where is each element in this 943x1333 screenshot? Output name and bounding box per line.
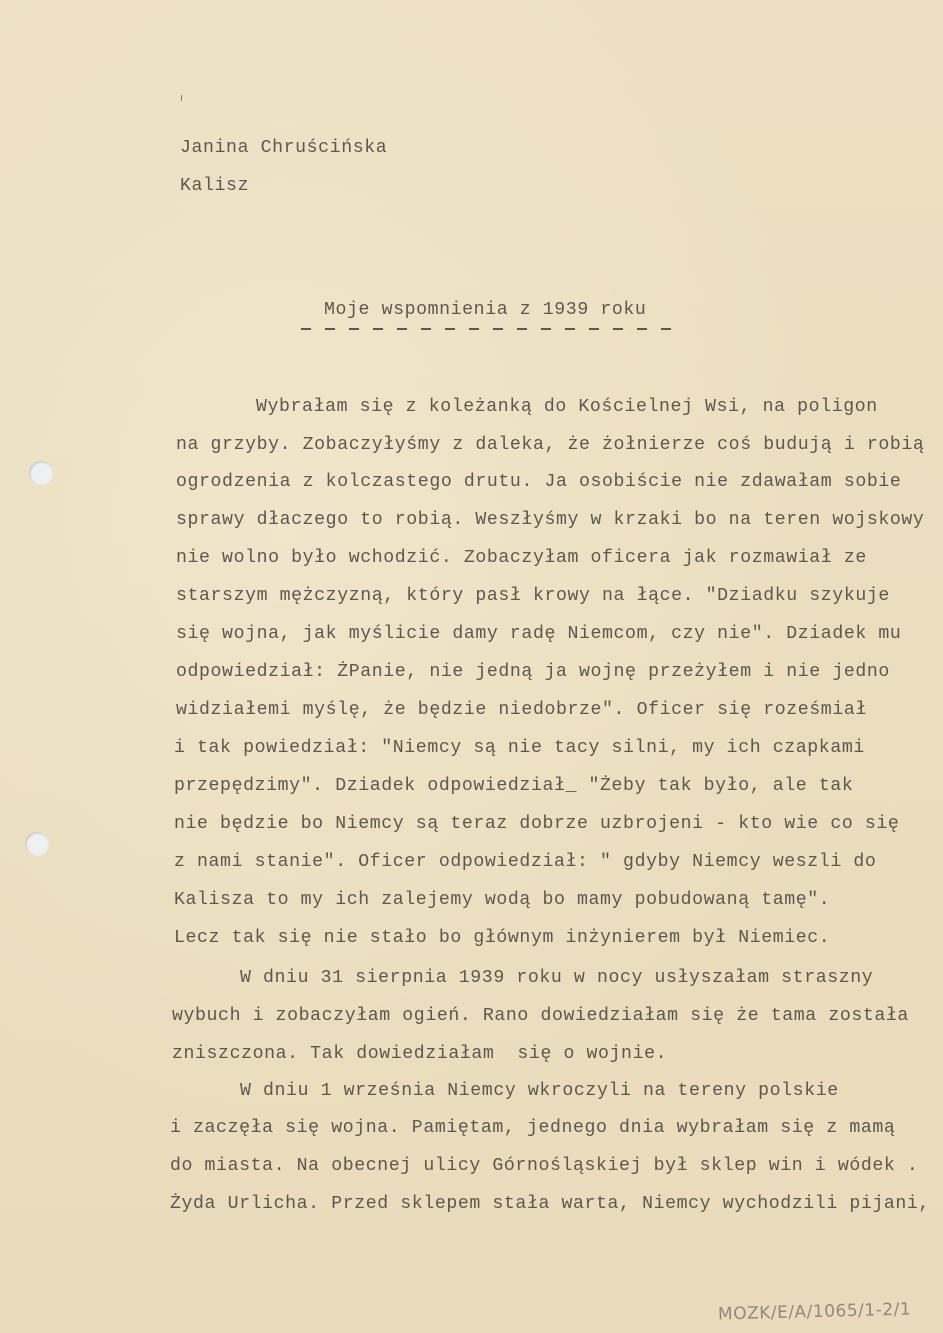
text-line: W dniu 1 września Niemcy wkroczyli na te… — [240, 1080, 839, 1102]
punch-hole — [25, 832, 49, 856]
text-line: Lecz tak się nie stało bo głównym inżyni… — [174, 927, 830, 949]
stray-mark — [181, 95, 182, 101]
text-line: ogrodzenia z kolczastego drutu. Ja osobi… — [176, 471, 901, 493]
text-line: Kalisza to my ich zalejemy wodą bo mamy … — [174, 889, 830, 911]
text-line: zniszczona. Tak dowiedziałam się o wojni… — [172, 1043, 667, 1065]
text-line: widziałemi myślę, że będzie niedobrze". … — [176, 699, 867, 721]
text-line: sprawy dłaczego to robią. Weszłyśmy w kr… — [176, 509, 924, 531]
text-line: nie będzie bo Niemcy są teraz dobrze uzb… — [174, 813, 899, 835]
text-line: i zaczęła się wojna. Pamiętam, jednego d… — [170, 1117, 895, 1139]
text-line: przepędzimy". Dziadek odpowiedział_ "Żeb… — [174, 775, 853, 797]
text-line: W dniu 31 sierpnia 1939 roku w nocy usły… — [240, 967, 873, 989]
document-title: Moje wspomnienia z 1939 roku — [324, 299, 646, 321]
text-line: Wybrałam się z koleżanką do Kościelnej W… — [256, 396, 878, 418]
text-line: i tak powiedział: "Niemcy są nie tacy si… — [174, 737, 865, 759]
author-name: Janina Chruścińska — [180, 137, 387, 159]
text-line: odpowiedział: ŻPanie, nie jedną ja wojnę… — [176, 661, 890, 683]
title-dashed-underline — [301, 328, 685, 330]
text-line: starszym mężczyzną, który pasł krowy na … — [176, 585, 890, 607]
text-line: wybuch i zobaczyłam ogień. Rano dowiedzi… — [172, 1005, 909, 1027]
text-line: Żyda Urlicha. Przed sklepem stała warta,… — [170, 1193, 930, 1215]
text-line: z nami stanie". Oficer odpowiedział: " g… — [174, 851, 876, 873]
text-line: na grzyby. Zobaczyłyśmy z daleka, że żoł… — [176, 434, 924, 456]
text-line: się wojna, jak myślicie damy radę Niemco… — [176, 623, 901, 645]
city-name: Kalisz — [180, 175, 249, 197]
text-line: nie wolno było wchodzić. Zobaczyłam ofic… — [176, 547, 867, 569]
punch-hole — [29, 461, 53, 485]
text-line: do miasta. Na obecnej ulicy Górnośląskie… — [170, 1155, 918, 1177]
